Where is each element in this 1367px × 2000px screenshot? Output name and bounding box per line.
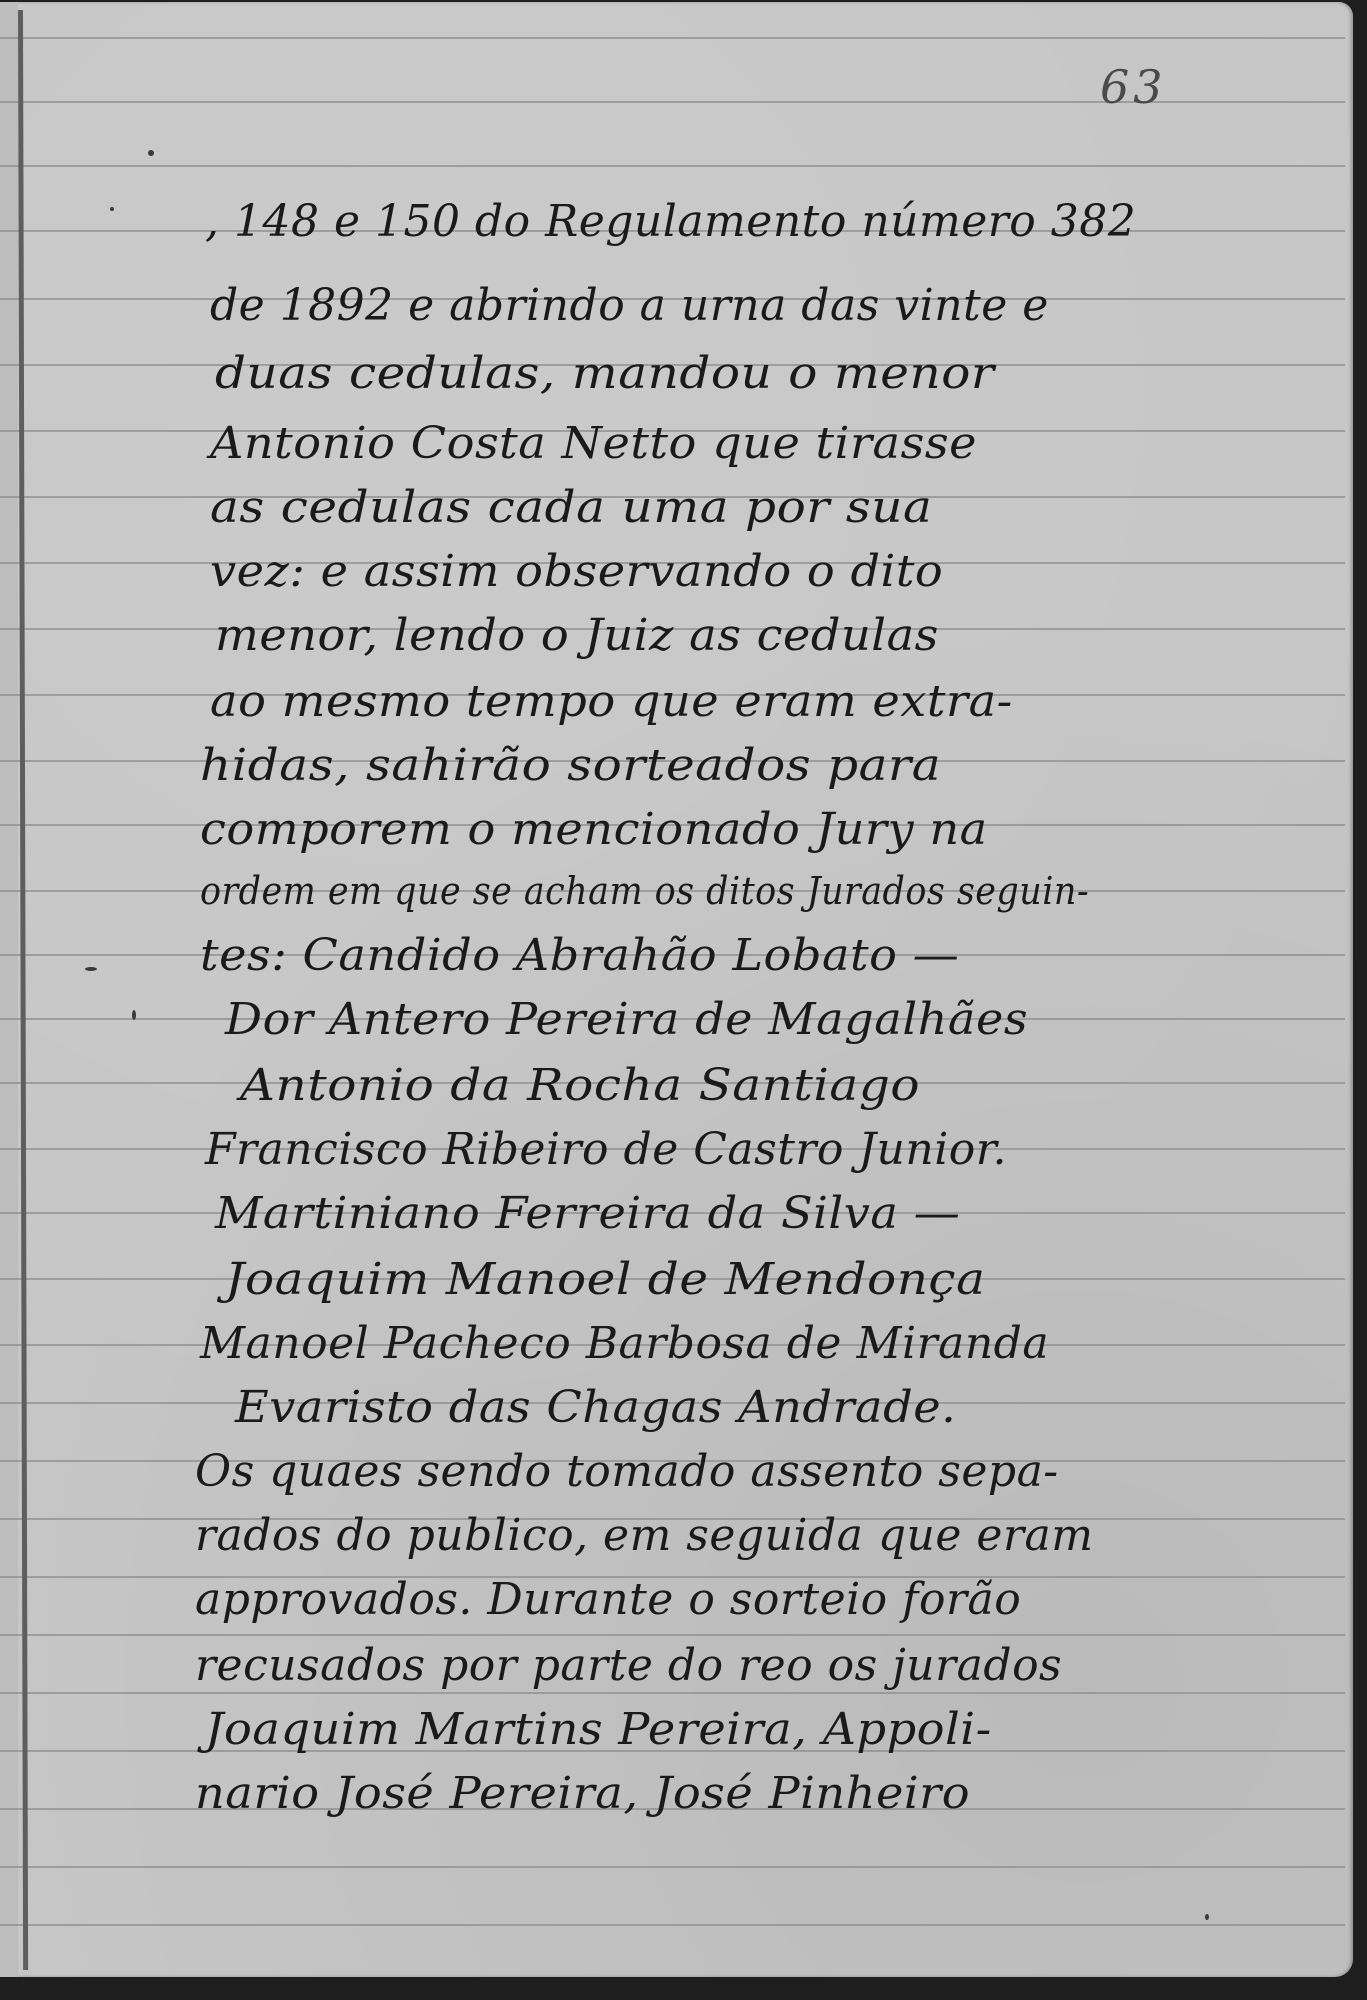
ruled-line (0, 1866, 1345, 1868)
ruled-line (0, 1634, 1345, 1636)
ink-speck (148, 150, 154, 156)
handwritten-line: as cedulas cada uma por sua (210, 486, 932, 530)
handwritten-line: Antonio da Rocha Santiago (240, 1064, 920, 1108)
handwritten-line: vez: e assim observando o dito (210, 550, 943, 594)
handwritten-line: Joaquim Manoel de Mendonça (225, 1258, 985, 1302)
handwritten-line: comporem o mencionado Jury na (200, 808, 988, 852)
handwritten-line: duas cedulas, mandou o menor (215, 352, 995, 396)
handwritten-line: Evaristo das Chagas Andrade. (235, 1386, 956, 1430)
handwritten-line: rados do publico, em seguida que eram (195, 1514, 1093, 1558)
handwritten-line: Joaquim Martins Pereira, Appoli- (205, 1708, 992, 1752)
handwritten-line: Antonio Costa Netto que tirasse (210, 422, 977, 466)
ink-speck (1205, 1914, 1209, 1920)
ink-speck (110, 207, 114, 211)
handwritten-line: nario José Pereira, José Pinheiro (195, 1772, 970, 1816)
ruled-line (0, 165, 1345, 167)
page-number: 63 (1100, 60, 1167, 114)
handwritten-line: recusados por parte do reo os jurados (195, 1644, 1062, 1688)
handwritten-line: Dor Antero Pereira de Magalhães (225, 998, 1028, 1042)
ruled-line (0, 37, 1345, 39)
handwritten-line: de 1892 e abrindo a urna das vinte e (210, 284, 1049, 328)
ledger-page: 63 , 148 e 150 do Regulamento número 382… (0, 2, 1353, 1977)
handwritten-line: approvados. Durante o sorteio forão (195, 1578, 1021, 1622)
handwritten-line: hidas, sahirão sorteados para (200, 744, 941, 788)
handwritten-line: ordem em que se acham os ditos Jurados s… (200, 872, 1089, 910)
handwritten-line: Francisco Ribeiro de Castro Junior. (205, 1128, 1007, 1172)
handwritten-line: tes: Candido Abrahão Lobato — (200, 934, 959, 978)
margin-line (18, 10, 28, 1970)
ruled-line (0, 1924, 1345, 1926)
handwritten-line: , 148 e 150 do Regulamento número 382 (205, 200, 1136, 244)
ink-speck (85, 967, 97, 971)
handwritten-line: Manoel Pacheco Barbosa de Miranda (200, 1322, 1049, 1366)
handwritten-line: Os quaes sendo tomado assento sepa- (195, 1450, 1059, 1494)
handwritten-line: ao mesmo tempo que eram extra- (210, 680, 1013, 724)
ruled-line (0, 1692, 1345, 1694)
ink-speck (132, 1010, 136, 1020)
handwritten-line: menor, lendo o Juiz as cedulas (215, 614, 939, 658)
handwritten-line: Martiniano Ferreira da Silva — (215, 1192, 960, 1236)
